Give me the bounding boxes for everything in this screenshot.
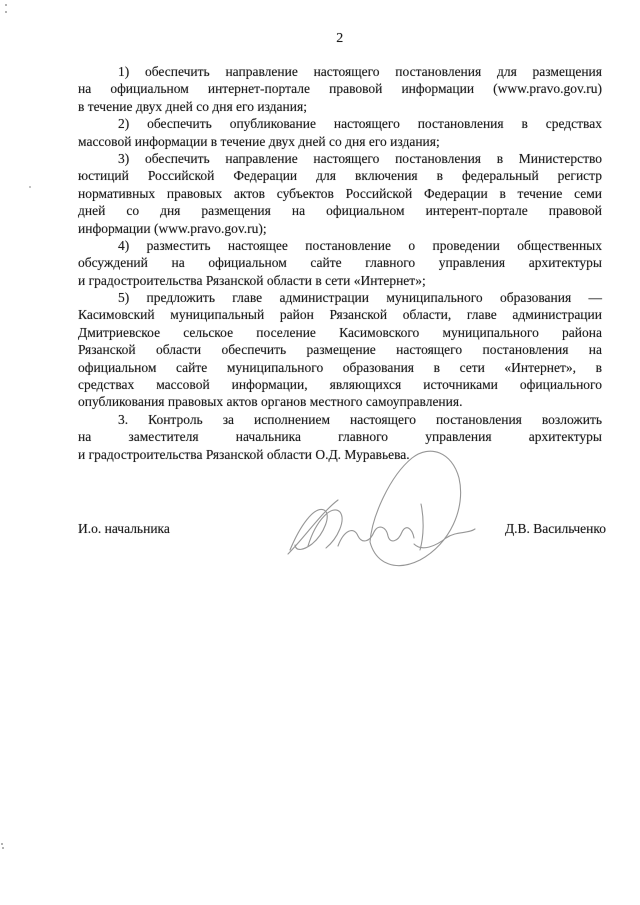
text-line: Рязанской области обеспечить размещение … xyxy=(78,341,602,358)
scan-artifact xyxy=(5,4,7,6)
text-line: 2) обеспечить опубликование настоящего п… xyxy=(78,115,602,132)
text-line: средствах массовой информации, являющихс… xyxy=(78,376,602,393)
text-line: 3. Контроль за исполнением настоящего по… xyxy=(78,411,602,428)
text-line: Касимовский муниципальный район Рязанско… xyxy=(78,306,602,323)
text-line: на заместителя начальника главного управ… xyxy=(78,428,602,445)
text-line: официальном сайте муниципального образов… xyxy=(78,359,602,376)
text-line: 1) обеспечить направление настоящего пос… xyxy=(78,63,602,80)
signature-autograph xyxy=(278,446,478,578)
text-line: 3) обеспечить направление настоящего пос… xyxy=(78,150,602,167)
text-line: юстиций Российской Федерации для включен… xyxy=(78,167,602,184)
text-line: 4) разместить настоящее постановление о … xyxy=(78,237,602,254)
text-line: и градостроительства Рязанской области в… xyxy=(78,272,602,289)
text-line: опубликования правовых актов органов мес… xyxy=(78,393,602,410)
text-line: информации (www.pravo.gov.ru); xyxy=(78,220,602,237)
document-page: 2 1) обеспечить направление настоящего п… xyxy=(0,0,640,905)
text-line: обсуждений на официальном сайте главного… xyxy=(78,254,602,271)
text-line: массовой информации в течение двух дней … xyxy=(78,133,602,150)
scan-artifact xyxy=(29,186,31,188)
text-line: нормативных правовых актов субъектов Рос… xyxy=(78,185,602,202)
scan-artifact xyxy=(2,847,4,849)
text-line: в течение двух дней со дня его издания; xyxy=(78,98,602,115)
text-line: 5) предложить главе администрации муници… xyxy=(78,289,602,306)
text-line: дней со дня размещения на официальном ин… xyxy=(78,202,602,219)
scan-artifact xyxy=(5,11,7,13)
text-line: на официальном интернет-портале правовой… xyxy=(78,80,602,97)
signer-name: Д.В. Васильченко xyxy=(505,521,606,537)
text-line: Дмитриевское сельское поселение Касимовс… xyxy=(78,324,602,341)
document-body: 1) обеспечить направление настоящего пос… xyxy=(78,63,602,463)
signer-position: И.о. начальника xyxy=(78,521,170,537)
page-number: 2 xyxy=(78,31,602,47)
scan-artifact xyxy=(1,843,3,845)
